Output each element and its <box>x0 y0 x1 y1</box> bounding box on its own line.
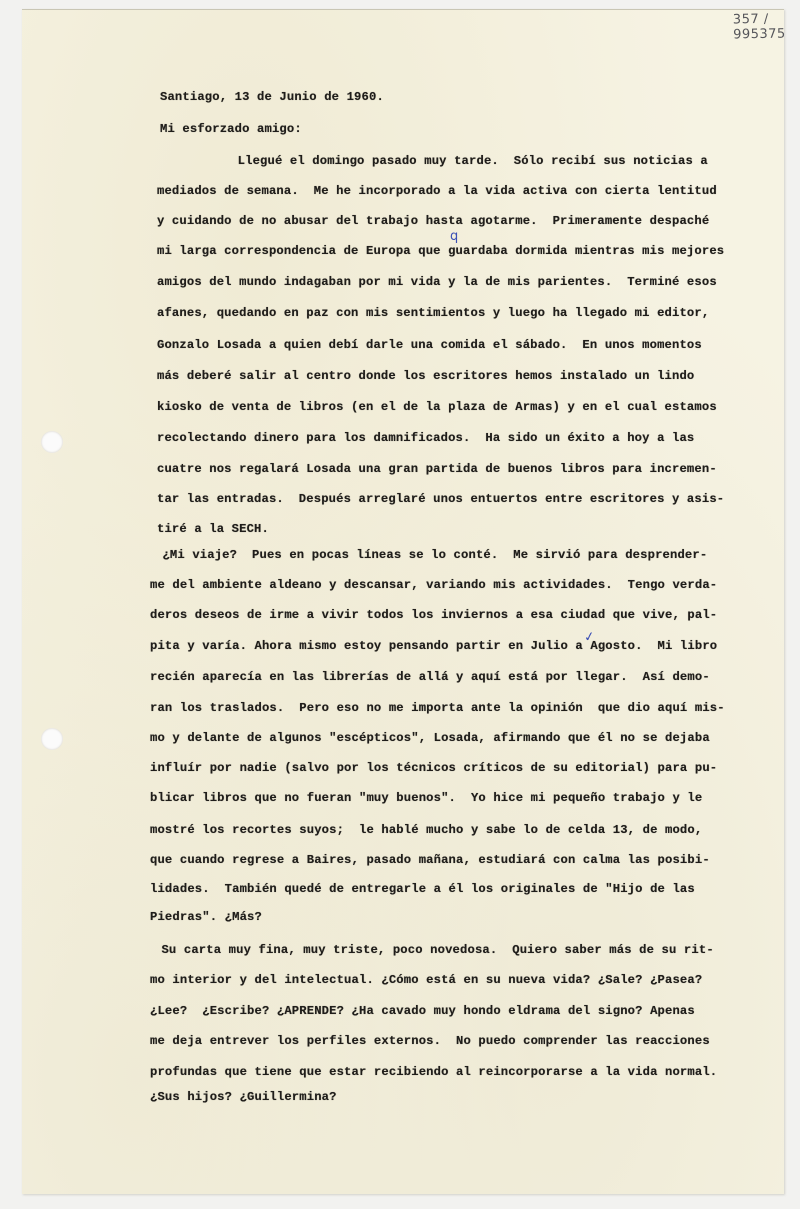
pen-annotation-check: ✓ <box>583 629 596 646</box>
text-line: ran los traslados. Pero eso no me import… <box>150 701 725 715</box>
place-date: Santiago, 13 de Junio de 1960. <box>160 90 384 104</box>
punch-hole-bottom <box>41 728 63 750</box>
archive-number-line-1: 357 / <box>733 12 786 28</box>
text-line: mo interior y del intelectual. ¿Cómo est… <box>150 973 702 987</box>
text-line: Llegué el domingo pasado muy tarde. Sólo… <box>163 154 708 168</box>
text-line: mediados de semana. Me he incorporado a … <box>157 184 717 198</box>
text-line: que cuando regrese a Baires, pasado maña… <box>150 853 710 867</box>
text-line: kiosko de venta de libros (en el de la p… <box>157 400 717 414</box>
text-line: pita y varía. Ahora mismo estoy pensando… <box>150 639 717 653</box>
text-line: tiré a la SECH. <box>157 522 269 536</box>
text-line: Gonzalo Losada a quien debí darle una co… <box>157 338 702 352</box>
archive-number-line-2: 995375 <box>733 27 786 43</box>
text-line: ¿Sus hijos? ¿Guillermina? <box>150 1090 337 1104</box>
text-line: profundas que tiene que estar recibiendo… <box>150 1065 717 1079</box>
text-line: me del ambiente aldeano y descansar, var… <box>150 578 717 592</box>
text-line: afanes, quedando en paz con mis sentimie… <box>157 306 709 320</box>
pen-annotation-q: q <box>450 229 458 244</box>
text-line: influír por nadie (salvo por los técnico… <box>150 761 717 775</box>
text-line: mostré los recortes suyos; le hablé much… <box>150 823 702 837</box>
text-line: mo y delante de algunos "escépticos", Lo… <box>150 731 710 745</box>
text-line: recolectando dinero para los damnificado… <box>157 431 694 445</box>
text-line: deros deseos de irme a vivir todos los i… <box>150 608 717 622</box>
text-line: tar las entradas. Después arreglaré unos… <box>157 492 724 506</box>
text-line: ¿Lee? ¿Escribe? ¿APRENDE? ¿Ha cavado muy… <box>150 1004 695 1018</box>
text-line: y cuidando de no abusar del trabajo hast… <box>157 214 709 228</box>
text-line: Su carta muy fina, muy triste, poco nove… <box>154 943 714 957</box>
scan-background: 357 / 995375 Santiago, 13 de Junio de 19… <box>0 0 800 1209</box>
text-line: ¿Mi viaje? Pues en pocas líneas se lo co… <box>155 548 707 562</box>
text-line: amigos del mundo indagaban por mi vida y… <box>157 275 717 289</box>
text-line: mi larga correspondencia de Europa que g… <box>157 244 724 258</box>
text-line: lidades. También quedé de entregarle a é… <box>150 882 695 896</box>
text-line: me deja entrever los perfiles externos. … <box>150 1034 710 1048</box>
salutation: Mi esforzado amigo: <box>160 122 302 136</box>
archive-number: 357 / 995375 <box>733 12 786 43</box>
text-line: recién aparecía en las librerías de allá… <box>150 670 710 684</box>
text-line: Piedras". ¿Más? <box>150 910 262 924</box>
punch-hole-top <box>41 431 63 453</box>
text-line: más deberé salir al centro donde los esc… <box>157 369 694 383</box>
text-line: blicar libros que no fueran "muy buenos"… <box>150 791 702 805</box>
text-line: cuatre nos regalará Losada una gran part… <box>157 462 717 476</box>
